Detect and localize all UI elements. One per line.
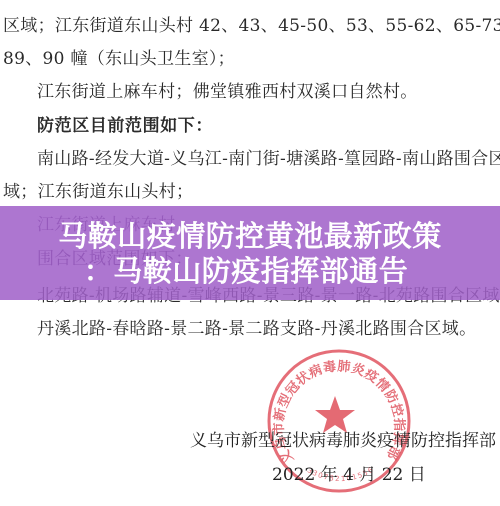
banner-title-line-2: ：马鞍山防疫指挥部通告 [0, 254, 496, 288]
issuer-signature: 义乌市新型冠状病毒肺炎疫情防控指挥部 [190, 426, 496, 451]
doc-line-1: 区域；江东街道东山头村 42、43、45-50、53、55-62、65-73、7… [3, 16, 500, 36]
doc-line-3: 江东街道上麻车村；佛堂镇雅西村双溪口自然村。 [37, 82, 418, 102]
banner-title-line-1: 马鞍山疫情防控黄池最新政策 [0, 219, 500, 253]
doc-line-5: 南山路-经发大道-义乌江-南门街-塘溪路-篁园路-南山路围合区 [37, 149, 500, 169]
doc-line-2: 89、90 幢（东山头卫生室）； [3, 49, 235, 69]
issue-date: 2022 年 4 月 22 日 [272, 460, 426, 485]
section-heading-prevention-zone: 防范区目前范围如下： [37, 116, 213, 136]
title-banner: 马鞍山疫情防控黄池最新政策 ：马鞍山防疫指挥部通告 [0, 206, 500, 300]
doc-line-6: 域；江东街道东山头村； [3, 182, 193, 202]
doc-line-10: 丹溪北路-春晗路-景二路-景二路支路-丹溪北路围合区域。 [37, 319, 476, 339]
